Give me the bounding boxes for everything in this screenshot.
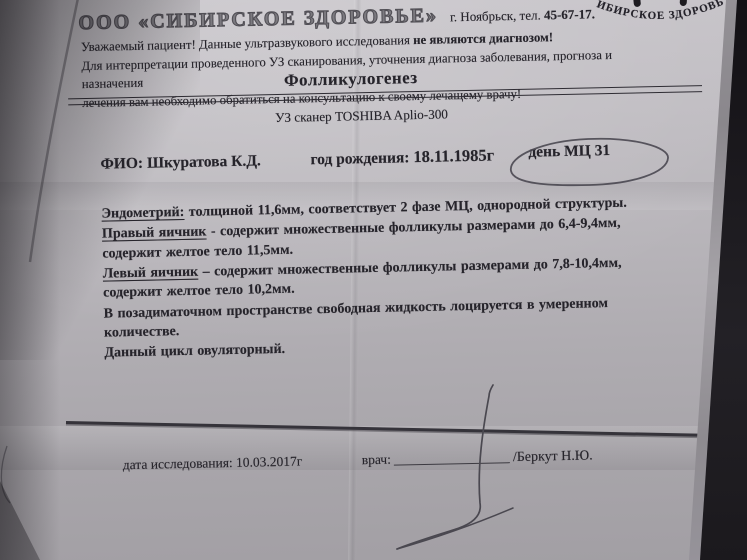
finding-sep: - (211, 225, 220, 240)
clinic-contacts: г. Ноябрьск, тел. 45-67-17. (450, 6, 595, 24)
study-date-field: дата исследования: 10.03.2017г (123, 454, 303, 474)
birth-label: год рождения: (310, 149, 409, 168)
signature-blank-line (394, 462, 510, 465)
finding-text: толщиной 11,6мм, соответствует 2 фазе МЦ… (189, 199, 473, 220)
date-label: дата исследования: (123, 455, 233, 472)
doctor-label: врач: (362, 452, 391, 468)
finding-text: содержит множественные фолликулы размера… (220, 218, 554, 240)
finding-sep: – (202, 264, 214, 279)
finding-text: содержит множественные фолликулы размера… (214, 257, 548, 279)
cycle-day-text: день МЦ 31 (528, 142, 610, 162)
doctor-name: /Беркут Н.Ю. (513, 448, 593, 465)
finding-text-cont: однородной структуры. (477, 196, 627, 214)
notice-warning: не являются диагнозом! (413, 30, 553, 47)
birthdate-field: год рождения: 18.11.1985г (310, 145, 494, 169)
svg-text:СИБИРСКОЕ ЗДОРОВЬЕ: СИБИРСКОЕ ЗДОРОВЬЕ (583, 0, 727, 24)
tulip-icon (636, 0, 683, 3)
doctor-signature-row: врач:/Беркут Н.Ю. (362, 447, 593, 469)
logo-arc-text: СИБИРСКОЕ ЗДОРОВЬЕ (583, 0, 727, 24)
clinic-city: г. Ноябрьск, тел. (450, 7, 541, 24)
photographed-report: ООО «СИБИРСКОЕ ЗДОРОВЬЕ» г. Ноябрьск, те… (0, 0, 747, 560)
left-edge-shadow (0, 0, 60, 560)
birth-value: 18.11.1985г (413, 145, 494, 166)
date-value: 10.03.2017г (236, 454, 303, 470)
